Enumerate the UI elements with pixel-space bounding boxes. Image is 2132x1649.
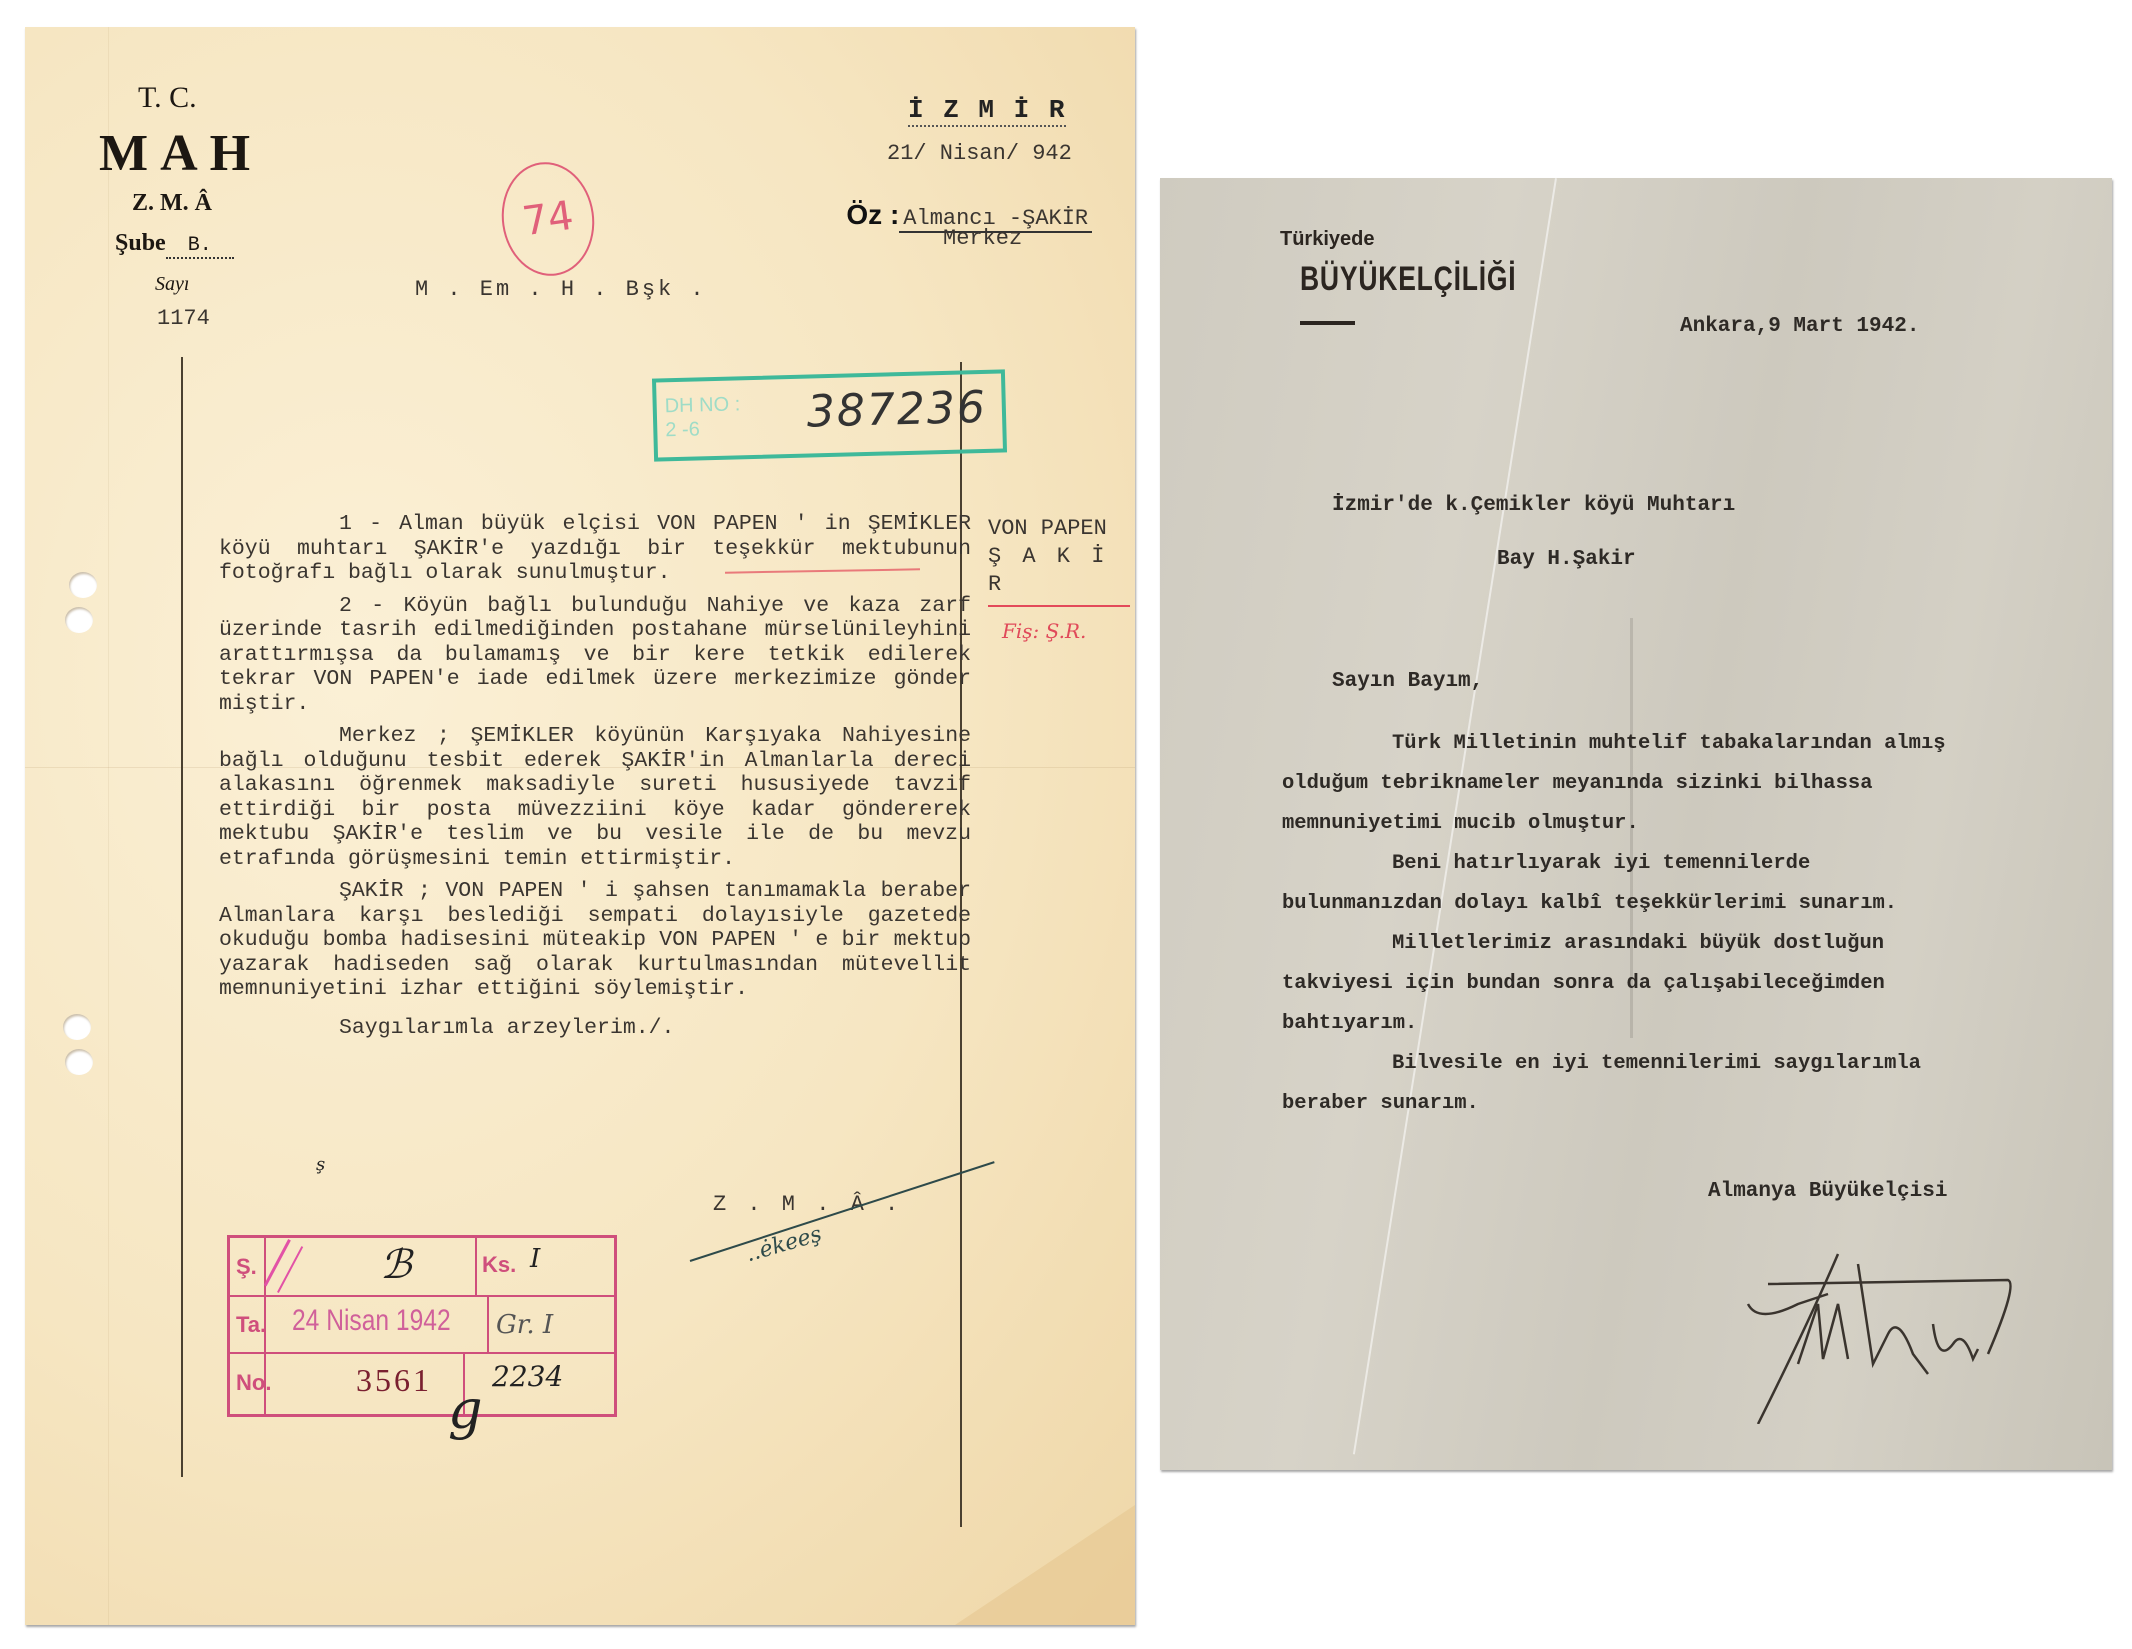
pink-check-mark <box>264 1239 303 1293</box>
svg-text:v.Papen: v.Papen <box>1888 1413 1893 1415</box>
registry-label-line1: DH NO : <box>664 393 740 417</box>
number-label: Sayı <box>155 273 189 296</box>
registry-stamp: DH NO :2 -6 387236 <box>652 369 1007 461</box>
letter-date: 21/ Nisan/ 942 <box>887 141 1072 166</box>
registry-label-line2: 2 -6 <box>665 418 700 441</box>
stamp-divider <box>230 1295 614 1297</box>
stamp-divider <box>487 1295 489 1352</box>
small-hand-mark: ş <box>316 1154 325 1175</box>
right-document-page: Türkiyede BÜYÜKELÇİLİĞİ Ankara,9 Mart 19… <box>1160 178 2112 1470</box>
branch-field: ŞubeB. <box>115 230 234 257</box>
folded-corner <box>955 1505 1135 1625</box>
branch-value: B. <box>166 234 234 259</box>
letter-body: Türk Milletinin muhtelif tabakalarından … <box>1282 724 1982 1124</box>
stamp-label-ks: Ks. <box>482 1252 516 1278</box>
letter-paragraph-1: Türk Milletinin muhtelif tabakalarından … <box>1282 724 1982 844</box>
recipient-line1: İzmir'de k.Çemikler köyü Muhtarı <box>1332 494 1735 517</box>
stamp-label-s: Ş. <box>236 1254 257 1280</box>
red-underline <box>988 605 1130 607</box>
addressee: M . Em . H . Bşk . <box>415 277 707 302</box>
branch-label: Şube <box>115 230 166 256</box>
receipt-stamp: Ş. ℬ Ks. I Ta. 24 Nisan 1942 Gr. I No. 3… <box>227 1235 617 1417</box>
stamp-hand-initial: ℬ <box>380 1242 411 1288</box>
letterhead-tc: T. C. <box>138 81 197 115</box>
stamp-label-ta: Ta. <box>236 1312 266 1338</box>
paragraph-2: 2 - Köyün bağlı bulunduğu Nahiye ve kaza… <box>219 594 971 717</box>
signature: v.Papen <box>1700 1226 1990 1406</box>
salutation: Sayın Bayım, <box>1332 670 1483 693</box>
punch-hole-icon <box>65 607 93 633</box>
stamp-ks-value: I <box>530 1244 540 1274</box>
stamp-gr-value: Gr. I <box>496 1310 553 1340</box>
letter-paragraph-4: Bilvesile en iyi temennilerimi saygıları… <box>1282 1044 1982 1124</box>
report-body: 1 - Alman büyük elçisi VON PAPEN ' in ŞE… <box>219 512 971 1048</box>
stamp-hand-g: g <box>448 1378 483 1441</box>
destination: Merkez <box>943 226 1022 251</box>
city-heading: İ Z M İ R <box>908 95 1066 127</box>
punch-hole-icon <box>69 572 97 598</box>
paragraph-3: Merkez ; ŞEMİKLER köyünün Karşıyaka Nahi… <box>219 724 971 871</box>
closing: Saygılarımla arzeylerim./. <box>219 1016 971 1041</box>
letterhead-unit: Z. M. Â <box>132 190 212 217</box>
signature-title: Almanya Büyükelçisi <box>1708 1180 1947 1203</box>
circled-annotation: 74 <box>495 156 602 282</box>
letterhead-org: MAH <box>99 124 262 183</box>
registry-handwritten-number: 387236 <box>806 382 987 438</box>
letter-date-line: Ankara,9 Mart 1942. <box>1680 315 1919 338</box>
signature-icon: v.Papen <box>1738 1244 2028 1424</box>
left-document-page: T. C. MAH Z. M. Â ŞubeB. Sayı 1174 74 İ … <box>25 27 1135 1625</box>
subject-label: Öz : <box>846 199 899 230</box>
punch-hole-icon <box>63 1014 91 1040</box>
embassy-letterhead-line2: BÜYÜKELÇİLİĞİ <box>1300 260 1516 299</box>
embassy-letterhead-line1: Türkiyede <box>1280 228 1374 251</box>
signature-block: Z . M . Â . <box>713 1192 902 1217</box>
letterhead-dash <box>1300 321 1355 325</box>
left-margin-line <box>181 357 183 1477</box>
paragraph-1: 1 - Alman büyük elçisi VON PAPEN ' in ŞE… <box>219 512 971 586</box>
margin-note-line1: VON PAPEN <box>988 515 1135 543</box>
registry-stamp-label: DH NO :2 -6 <box>664 392 741 442</box>
punch-hole-icon <box>65 1049 93 1075</box>
stamp-date: 24 Nisan 1942 <box>292 1304 451 1338</box>
stamp-label-no: No. <box>236 1370 271 1396</box>
stamp-hand-number: 2234 <box>492 1360 563 1393</box>
stamp-divider <box>475 1238 477 1295</box>
margin-note-line2: Ş A K İ R <box>988 543 1135 599</box>
stamp-divider <box>230 1352 614 1354</box>
recipient-line2: Bay H.Şakir <box>1497 548 1636 571</box>
paragraph-4: ŞAKİR ; VON PAPEN ' i şahsen tanımamakla… <box>219 879 971 1002</box>
margin-note: VON PAPEN Ş A K İ R Fiş: Ş.R. <box>988 515 1135 645</box>
letter-paragraph-3: Milletlerimiz arasındaki büyük dostluğun… <box>1282 924 1982 1044</box>
paper-fold-line <box>108 27 109 1625</box>
margin-note-handwritten: Fiş: Ş.R. <box>1002 617 1135 645</box>
number-value: 1174 <box>157 306 210 331</box>
letter-paragraph-2: Beni hatırlıyarak iyi temennilerde bulun… <box>1282 844 1982 924</box>
stamp-number: 3561 <box>356 1362 432 1399</box>
